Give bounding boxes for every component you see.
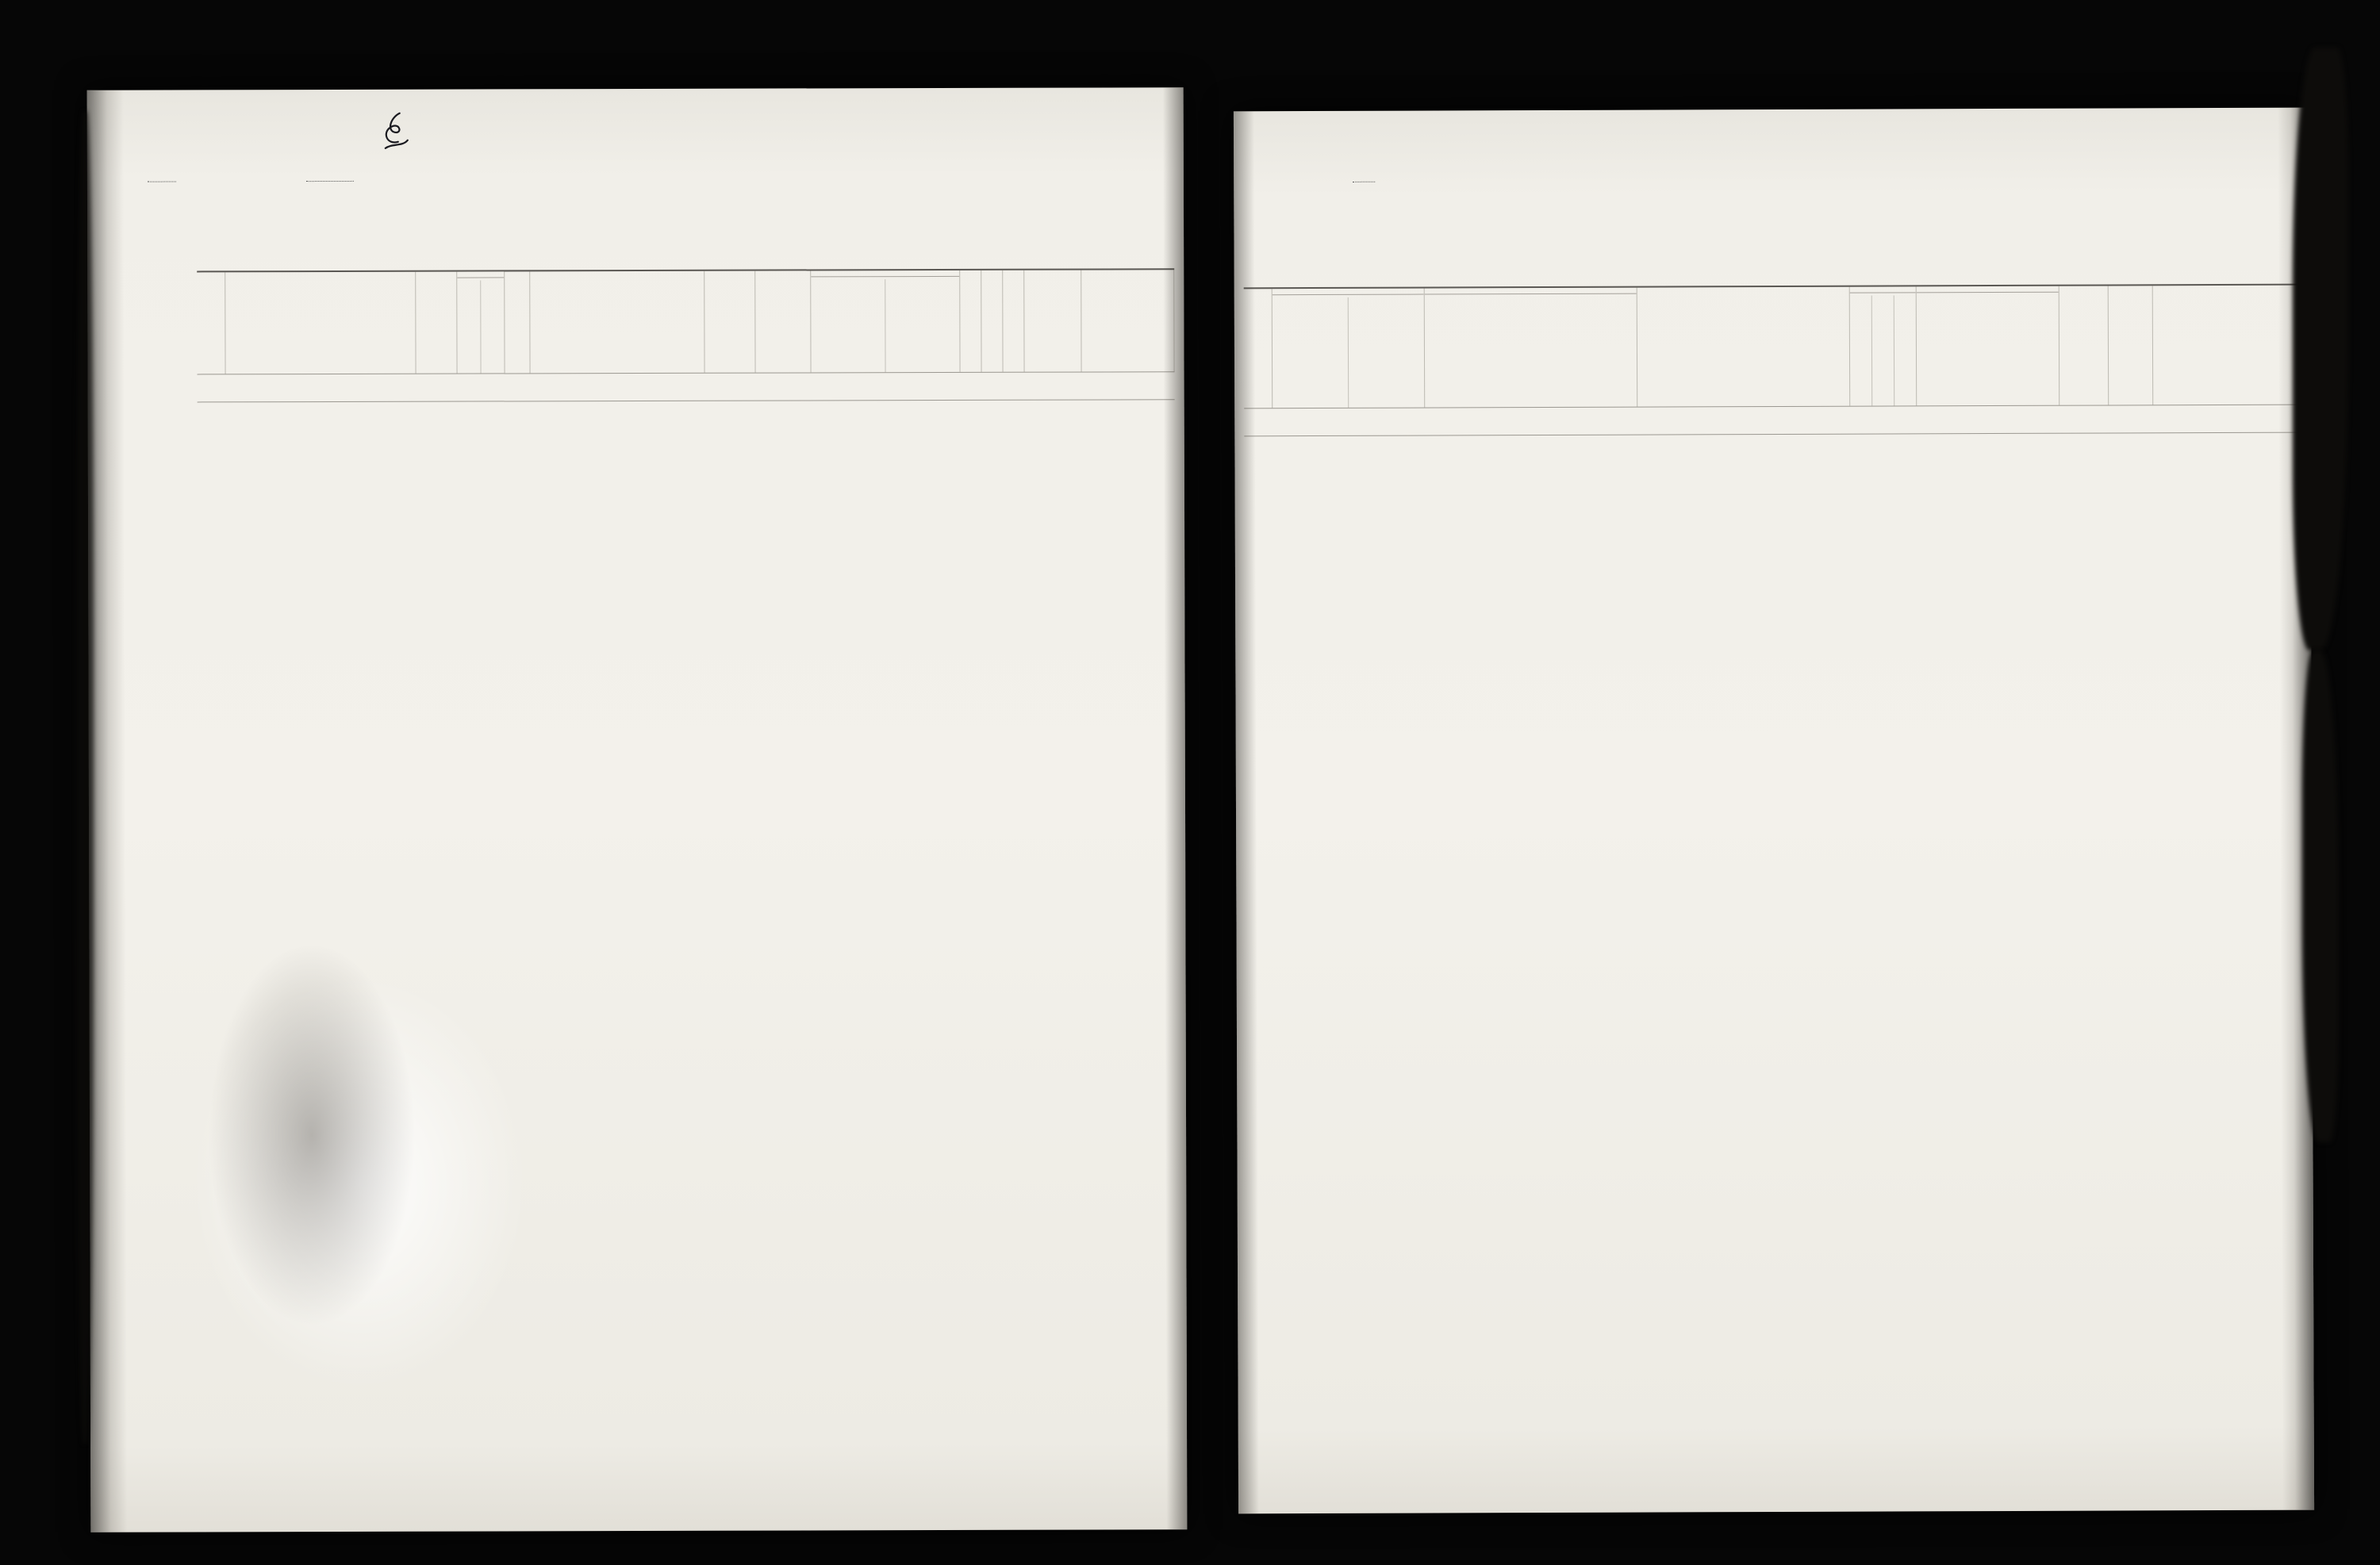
col-occupation-group	[1273, 292, 1424, 296]
col-destination	[1425, 297, 1637, 408]
passenger-table-right	[1244, 284, 2301, 437]
microfilm-scan	[0, 0, 2380, 1565]
arriving-place	[1353, 162, 1375, 182]
col-family-group	[1850, 290, 1916, 293]
col-race	[755, 270, 811, 372]
col-address	[885, 279, 959, 372]
left-header	[87, 87, 1184, 159]
film-artifact	[2302, 650, 2339, 1142]
col-action-taken	[2153, 286, 2301, 405]
ship-name	[148, 180, 176, 182]
col-nearest-relative	[1637, 287, 1851, 407]
right-header	[1234, 108, 2309, 182]
film-artifact	[76, 111, 94, 1444]
sailing-from-value	[306, 179, 354, 182]
scan-smudge	[208, 945, 415, 1326]
col-language	[1024, 270, 1081, 372]
col-canada-before-group	[811, 274, 959, 277]
page-title	[413, 114, 1157, 116]
col-passport-group	[1917, 290, 2059, 293]
col-passage-paid	[1081, 270, 1174, 371]
class-label	[122, 132, 305, 133]
left-subheader	[87, 156, 1184, 182]
col-age-group	[457, 274, 504, 278]
left-column-numbers	[198, 372, 1175, 402]
pen-squiggle	[376, 110, 413, 159]
col-age-f	[481, 280, 504, 373]
col-nationality	[704, 271, 755, 373]
left-table-header	[197, 270, 1174, 374]
aliens-note	[531, 368, 704, 369]
right-table-header	[1244, 286, 2301, 409]
right-ledger-page	[1234, 108, 2314, 1514]
col-occ-own-country	[1273, 297, 1349, 408]
arriving-date	[1375, 162, 1397, 182]
col-occ-canada	[1349, 297, 1425, 409]
film-artifact	[2293, 48, 2348, 650]
passenger-table-left	[197, 268, 1174, 402]
col-name	[225, 272, 416, 374]
col-age-m	[457, 281, 481, 374]
col-birth	[530, 271, 704, 374]
left-ledger-page	[87, 87, 1188, 1532]
right-column-numbers	[1244, 405, 2301, 437]
col-periods	[811, 279, 885, 372]
col-passport-number	[1917, 295, 2059, 406]
